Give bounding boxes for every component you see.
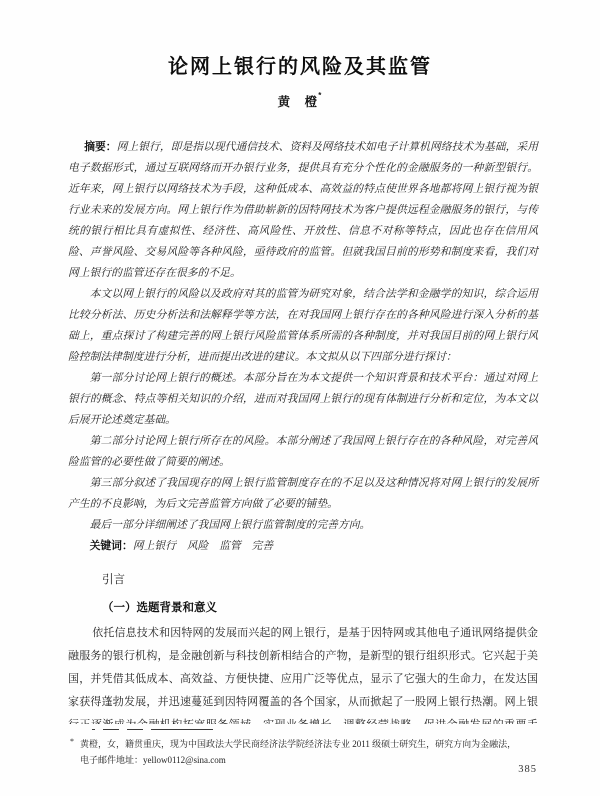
introduction-section: 引言 （一）选题背景和意义 依托信息技术和因特网的发展而兴起的网上银行，是基于因… xyxy=(68,569,538,724)
abstract-paragraph-6: 最后一部分详细阐述了我国网上银行监管制度的完善方向。 xyxy=(68,515,538,536)
page-content: 论网上银行的风险及其监管 黄 橙* 摘要：网上银行，即是指以现代通信技术、资料及… xyxy=(0,0,600,724)
paper-page: 论网上银行的风险及其监管 黄 橙* 摘要：网上银行，即是指以现代通信技术、资料及… xyxy=(0,0,600,796)
author-line: 黄 橙* xyxy=(0,92,600,110)
footnote-text-line: *黄橙，女，籍贯重庆，现为中国政法大学民商经济法学院经济法专业 2011 级硕士… xyxy=(68,736,543,752)
keywords-label: 关键词： xyxy=(90,540,133,552)
author-footnote-mark: * xyxy=(318,91,322,100)
page-number: 385 xyxy=(0,764,537,775)
footnote-author-info: 黄橙，女，籍贯重庆，现为中国政法大学民商经济法学院经济法专业 2011 级硕士研… xyxy=(80,739,516,749)
abstract-paragraph-2: 本文以网上银行的风险以及政府对其的监管为研究对象，结合法学和金融学的知识，综合运… xyxy=(68,284,538,368)
abstract-paragraph-4: 第二部分讨论网上银行所存在的风险。本部分阐述了我国网上银行存在的各种风险，对完善… xyxy=(68,431,538,473)
abstract-body-text: 网上银行，即是指以现代通信技术、资料及网络技术如电子计算机网络技术为基础，采用电… xyxy=(68,141,538,279)
introduction-heading: 引言 xyxy=(68,569,538,592)
subsection-heading: （一）选题背景和意义 xyxy=(68,597,538,620)
abstract-paragraph-1: 摘要：网上银行，即是指以现代通信技术、资料及网络技术如电子计算机网络技术为基础，… xyxy=(68,137,538,284)
author-name: 黄 橙 xyxy=(278,95,319,109)
separator-dot xyxy=(92,729,95,731)
keywords-text: 网上银行 风险 监管 完善 xyxy=(133,540,273,552)
abstract-section: 摘要：网上银行，即是指以现代通信技术、资料及网络技术如电子计算机网络技术为基础，… xyxy=(68,137,538,557)
footnote-section: *黄橙，女，籍贯重庆，现为中国政法大学民商经济法学院经济法专业 2011 级硕士… xyxy=(68,728,543,768)
paper-title: 论网上银行的风险及其监管 xyxy=(0,50,600,79)
footnote-separator-rule xyxy=(92,728,543,731)
introduction-paragraph: 依托信息技术和因特网的发展而兴起的网上银行，是基于因特网或其他电子通讯网络提供金… xyxy=(68,622,538,724)
separator-line xyxy=(151,729,213,731)
separator-dash xyxy=(103,729,119,731)
abstract-paragraph-5: 第三部分叙述了我国现存的网上银行监管制度存在的不足以及这种情况将对网上银行的发展… xyxy=(68,473,538,515)
separator-dash xyxy=(127,729,143,731)
abstract-paragraph-3: 第一部分讨论网上银行的概述。本部分旨在为本文提供一个知识背景和技术平台：通过对网… xyxy=(68,368,538,431)
footnote-mark: * xyxy=(70,734,74,750)
abstract-label: 摘要： xyxy=(84,141,116,153)
keywords-line: 关键词：网上银行 风险 监管 完善 xyxy=(68,536,538,557)
